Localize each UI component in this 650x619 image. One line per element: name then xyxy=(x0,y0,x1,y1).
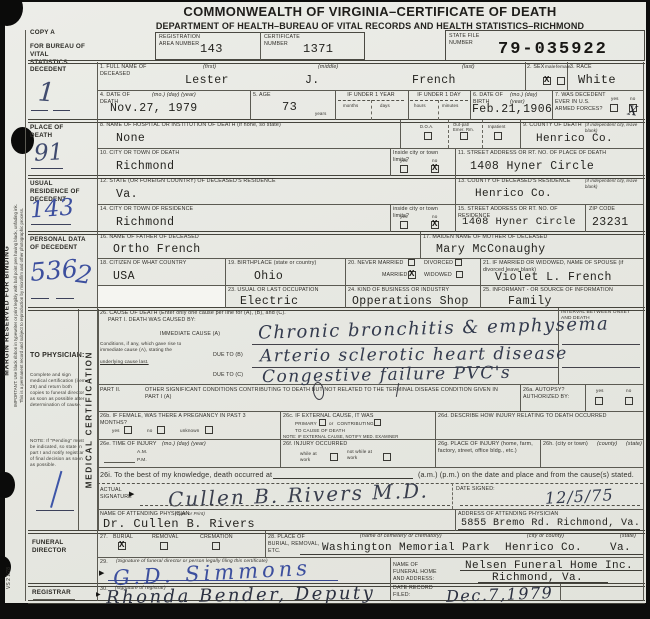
city-county-header: (city or county) xyxy=(527,533,564,540)
hand-underline xyxy=(36,510,74,511)
pregnancy-yes-checkbox xyxy=(124,426,132,434)
autopsy-label: 26a. AUTOPSY? AUTHORIZED BY: xyxy=(523,387,581,401)
interval-a-line xyxy=(562,344,640,345)
injury-occurred-label: 26f. INJURY OCCURRED xyxy=(283,441,347,448)
full-name-label: 1. FULL NAME OF DECEASED xyxy=(100,64,155,78)
hospital-label: 8. NAME OF HOSPITAL OR INSTITUTION OF DE… xyxy=(100,122,360,129)
hand-number-place: 91 xyxy=(33,141,63,166)
attestation-text-2: (a.m.) (p.m.) on the date and place and … xyxy=(418,470,634,479)
not-while-at-work-label: not while at work xyxy=(347,449,379,461)
outpatient-checkbox xyxy=(460,132,468,140)
grid-line xyxy=(452,483,453,509)
spouse-value: Violet L. French xyxy=(495,272,612,284)
street-of-death-label: 11. STREET ADDRESS OR RT. NO. OF PLACE O… xyxy=(458,150,638,157)
zip-value: 23231 xyxy=(592,217,629,229)
date-signed-baseline xyxy=(460,505,640,506)
grid-line xyxy=(225,285,226,308)
registration-area-value: 143 xyxy=(200,43,223,55)
armed-forces-no-label: no xyxy=(630,96,635,102)
grid-line xyxy=(345,285,346,308)
grid-line xyxy=(480,258,481,285)
pregnancy-yes-label: yes xyxy=(112,428,120,434)
mother-value: Mary McConaughy xyxy=(436,244,546,256)
registrar-signature: Rhonda Bender, Deputy xyxy=(106,585,376,608)
removal-label: REMOVAL xyxy=(152,534,179,541)
zip-label: ZIP CODE xyxy=(589,206,615,213)
removal-checkbox xyxy=(160,542,168,550)
grid-line xyxy=(390,148,391,176)
cause-b-handwriting: Arterio sclerotic heart disease xyxy=(260,346,568,366)
grid-line xyxy=(585,384,586,411)
cremation-label: CREMATION xyxy=(200,534,233,541)
last-name-value: French xyxy=(412,75,456,87)
conditions-note: Conditions, if any, which gave rise to i… xyxy=(100,341,198,353)
county-residence-value: Henrico Co. xyxy=(475,189,552,200)
limits-residence-yes-checkbox xyxy=(400,221,408,229)
funeral-sig-arrow-icon: ▶ xyxy=(99,569,104,577)
attestation-text-1: 26i. To the best of my knowledge, death … xyxy=(100,470,272,479)
months-label: months xyxy=(343,103,358,109)
scan-edge-right xyxy=(646,0,650,619)
days-label: days xyxy=(380,103,390,109)
injury-description-label: 26d. DESCRIBE HOW INJURY RELATING TO DEA… xyxy=(438,413,638,420)
grid-line xyxy=(482,120,483,148)
grid-line xyxy=(525,62,526,90)
grid-line xyxy=(250,90,251,120)
sidebar-to-physician: TO PHYSICIAN: xyxy=(30,352,85,361)
grid-line xyxy=(97,557,643,558)
age-label: 5. AGE xyxy=(253,92,271,99)
sidebar-place-of-death: PLACE OF DEATH xyxy=(30,124,80,140)
grid-line xyxy=(420,232,421,258)
hours-label: hours xyxy=(414,103,426,109)
age-years-label: years xyxy=(315,111,327,117)
immediate-cause-label: IMMEDIATE CAUSE (A) xyxy=(160,331,220,338)
street-residence-value: 1408 Hyner Circle xyxy=(462,217,576,228)
hand-number-personal: 536 xyxy=(29,256,79,285)
grid-line xyxy=(280,439,281,467)
grid-line xyxy=(643,62,644,601)
middle-name-value: J. xyxy=(305,75,320,87)
scan-edge-top xyxy=(0,0,650,2)
race-value: White xyxy=(578,74,616,86)
grid-line xyxy=(560,584,561,601)
father-label: 16. NAME OF FATHER OF DECEASED xyxy=(100,234,199,241)
place-of-burial-label: 28. PLACE OF BURIAL, REMOVAL, ETC. xyxy=(268,534,320,555)
informant-value: Family xyxy=(508,296,552,308)
inpatient-label: Inpatient xyxy=(488,124,505,129)
county-residence-hint: (if independent city, leave blank) xyxy=(585,178,641,189)
part2-label: PART II. xyxy=(100,387,121,394)
external-cause-label: 26c. IF EXTERNAL CAUSE, IT WAS xyxy=(283,413,374,420)
limits-residence-no-checkbox: X xyxy=(431,221,439,229)
copy-label: COPY A xyxy=(30,29,55,37)
injury-state-label: (state) xyxy=(626,441,642,448)
funeral-home-underline xyxy=(460,570,642,571)
divorced-checkbox xyxy=(455,259,462,266)
middle-name-header: (middle) xyxy=(318,64,338,71)
occupation-value: Electric xyxy=(240,296,298,308)
birthplace-label: 19. BIRTHPLACE (state or country) xyxy=(228,260,338,267)
hand-underline xyxy=(56,298,74,299)
funeral-home-label: NAME OF FUNERAL HOME AND ADDRESS: xyxy=(393,562,443,583)
state-file-label: STATE FILE NUMBER xyxy=(449,33,491,47)
grid-line xyxy=(345,258,346,285)
armed-forces-yes-label: yes xyxy=(611,96,619,102)
burial-checkbox: X xyxy=(118,542,126,550)
hand-number-personal-2: 2 xyxy=(74,261,93,288)
part1-label: PART I. DEATH WAS CAUSED BY: xyxy=(108,317,196,324)
grid-line xyxy=(390,204,391,232)
date-filed-label: DATE RECORD FILED: xyxy=(393,585,441,599)
grid-line xyxy=(455,176,456,204)
hospital-value: None xyxy=(116,133,145,145)
medical-certification-strip: MEDICAL CERTIFICATION xyxy=(78,309,99,530)
external-primary-checkbox xyxy=(319,419,326,426)
form-number: VS 2 1/78 xyxy=(4,555,14,600)
sidebar-decedent: DECEDENT xyxy=(30,66,66,74)
injury-pm-label: P.M. xyxy=(137,458,147,464)
sex-label: 2. SEX xyxy=(527,64,544,71)
grid-line xyxy=(408,90,409,120)
industry-label: 24. KIND OF BUSINESS OR INDUSTRY xyxy=(348,287,478,294)
hand-underline xyxy=(31,298,49,299)
grid-line xyxy=(435,411,436,439)
due-to-b-label: DUE TO (B) xyxy=(213,352,243,359)
married-label: MARRIED xyxy=(382,272,407,279)
while-at-work-label: while at work xyxy=(300,451,328,463)
autopsy-no-label: no xyxy=(626,388,631,394)
grid-line xyxy=(410,100,468,101)
burial-state-value: Va. xyxy=(610,543,631,554)
inpatient-checkbox xyxy=(494,132,502,140)
county-of-death-hint: (if independent city, leave blank) xyxy=(585,122,641,133)
married-checkbox: X xyxy=(408,271,416,279)
grid-line xyxy=(97,258,643,259)
grid-line xyxy=(585,204,586,232)
date-of-birth-value: Feb.21,1906 xyxy=(472,104,552,116)
margin-important-text-2: This is a permanent record and subject t… xyxy=(18,90,25,520)
cremation-checkbox xyxy=(212,542,220,550)
attending-physician-hint: (Type or Print) xyxy=(175,511,205,517)
physician-address-value: 5855 Bremo Rd. Richmond, Va. xyxy=(461,519,640,529)
grid-line xyxy=(455,148,456,176)
hand-underline xyxy=(53,110,70,111)
grid-line xyxy=(97,204,643,205)
city-residence-label: 14. CITY OR TOWN OF RESIDENCE xyxy=(100,206,193,213)
burial-underline xyxy=(300,554,643,555)
scan-edge-bottom xyxy=(0,603,650,619)
sidebar-personal-data: PERSONAL DATA OF DECEDENT xyxy=(30,236,92,252)
never-married-checkbox xyxy=(408,259,415,266)
grid-line xyxy=(480,285,481,308)
grid-line xyxy=(435,439,436,467)
state-header: (state) xyxy=(620,533,636,540)
city-of-death-value: Richmond xyxy=(116,161,174,173)
injury-am-label: A.M. xyxy=(137,450,147,456)
grid-line xyxy=(455,509,456,531)
armed-forces-no-handmark: X xyxy=(627,104,638,118)
father-value: Ortho French xyxy=(113,244,201,256)
injury-city-label: 26h. (city or town) xyxy=(543,441,588,448)
part2-text: OTHER SIGNIFICANT CONDITIONS CONTRIBUTIN… xyxy=(145,387,510,401)
grid-line xyxy=(335,90,336,120)
external-contributing-label: CONTRIBUTING xyxy=(337,421,374,427)
doa-label: D.O.A. xyxy=(420,124,433,129)
burial-city-value: Henrico Co. xyxy=(505,543,582,554)
signature-baseline xyxy=(140,505,450,506)
county-residence-label: 13. COUNTY OF DECEASED'S RESIDENCE xyxy=(458,178,571,185)
state-residence-label: 12. STATE (OR FOREIGN COUNTRY) OF DECEAS… xyxy=(100,178,400,185)
informant-label: 25. INFORMANT - OR SOURCE OF INFORMATION xyxy=(483,287,638,294)
limits-death-yes-checkbox xyxy=(400,165,408,173)
doa-checkbox xyxy=(424,132,432,140)
injury-county-label: (county) xyxy=(597,441,617,448)
injury-time-sublabels: (mo.) (day) (year) xyxy=(162,441,206,448)
while-at-work-checkbox xyxy=(330,453,338,461)
physician-address-underline xyxy=(458,529,640,530)
grid-line xyxy=(540,439,541,467)
signature-arrow-icon: ▶ xyxy=(129,490,134,498)
grid-line xyxy=(390,557,391,584)
grid-line xyxy=(265,531,266,557)
date-signed-label: DATE SIGNED: xyxy=(456,486,495,493)
interval-label: INTERVAL BETWEEN ONSET AND DEATH xyxy=(561,310,639,322)
state-file-value: 79-035922 xyxy=(498,40,608,59)
under-1-day-label: IF UNDER 1 DAY xyxy=(410,92,468,99)
birthplace-value: Ohio xyxy=(254,271,283,283)
city-of-death-label: 10. CITY OR TOWN OF DEATH xyxy=(100,150,179,157)
date-of-death-value: Nov.27, 1979 xyxy=(110,103,198,115)
sex-male-checkbox: X xyxy=(543,77,551,85)
divorced-label: DIVORCED xyxy=(424,260,453,267)
grid-line xyxy=(280,411,281,439)
date-filed-handwriting: Dec.7,1979 xyxy=(446,585,554,605)
sex-female-label: female xyxy=(556,64,571,70)
certificate-title: COMMONWEALTH OF VIRGINIA–CERTIFICATE OF … xyxy=(90,4,650,19)
grid-line xyxy=(438,100,439,120)
cause-c-handwriting: Congestive failure PVC's xyxy=(262,365,511,386)
not-while-at-work-checkbox xyxy=(383,453,391,461)
external-contributing-checkbox xyxy=(374,419,381,426)
never-married-label: 20. NEVER MARRIED xyxy=(348,260,404,267)
pregnancy-label: 26b. IF FEMALE, WAS THERE A PREGNANCY IN… xyxy=(100,413,265,427)
armed-forces-label: 7. WAS DECEDENT EVER IN U.S. ARMED FORCE… xyxy=(555,92,607,113)
grid-line xyxy=(97,411,643,412)
armed-forces-yes-checkbox xyxy=(610,104,618,112)
last-name-header: (last) xyxy=(462,64,475,71)
sex-male-label: male xyxy=(545,64,556,70)
attending-physician-value: Dr. Cullen B. Rivers xyxy=(103,518,255,530)
industry-value: Opperations Shop xyxy=(352,296,469,308)
hand-underline xyxy=(31,224,71,225)
autopsy-yes-label: yes xyxy=(596,388,604,394)
city-residence-value: Richmond xyxy=(116,217,174,229)
grid-line xyxy=(455,204,456,232)
injury-time-line xyxy=(104,462,135,463)
cemetery-value: Washington Memorial Park xyxy=(322,543,490,554)
grid-line xyxy=(470,90,471,120)
sidebar-registrar: REGISTRAR xyxy=(32,589,71,597)
limits-residence-yes-label: yes xyxy=(400,214,408,220)
hand-number-decedent: 1 xyxy=(37,79,55,106)
limits-death-no-checkbox: X xyxy=(431,165,439,173)
autopsy-no-checkbox xyxy=(625,397,633,405)
date-of-death-sublabels: (mo.) (day) (year) xyxy=(152,92,196,99)
state-residence-value: Va. xyxy=(116,189,138,201)
place-of-injury-label: 26g. PLACE OF INJURY (home, farm, factor… xyxy=(438,441,536,455)
street-of-death-value: 1408 Hyner Circle xyxy=(470,161,594,173)
cemetery-header: (name of cemetery or crematory) xyxy=(360,533,442,540)
grid-line xyxy=(520,384,521,411)
age-value: 73 xyxy=(282,101,297,113)
widowed-label: WIDOWED xyxy=(424,272,452,279)
margin-rule xyxy=(25,30,26,601)
citizen-label: 18. CITIZEN OF WHAT COUNTRY xyxy=(100,260,210,267)
registration-box-divider xyxy=(260,32,261,60)
funeral-sig-number: 29. xyxy=(100,559,108,566)
grid-line xyxy=(97,90,643,91)
certificate-number-value: 1371 xyxy=(303,43,333,55)
date-signed-handwriting: 12/5/75 xyxy=(545,487,614,507)
injury-time-label: 26e. TIME OF INJURY xyxy=(100,441,157,448)
external-primary-label: PRIMARY xyxy=(295,421,317,427)
hand-number-residence: 143 xyxy=(29,196,74,222)
sex-female-checkbox xyxy=(557,77,565,85)
pregnancy-no-checkbox xyxy=(157,426,165,434)
actual-signature-label: ACTUAL SIGNATURE xyxy=(100,487,130,501)
race-label: 3. RACE xyxy=(570,64,592,71)
citizen-value: USA xyxy=(113,271,135,283)
registrar-arrow-icon: ▶ xyxy=(96,591,101,598)
sidebar-funeral-director: FUNERAL DIRECTOR xyxy=(32,539,77,555)
grid-line xyxy=(448,120,449,148)
cause-of-death-label: 26. CAUSE OF DEATH (Enter only one cause… xyxy=(100,310,286,317)
due-to-c-label: DUE TO (C) xyxy=(213,372,243,379)
occupation-label: 23. USUAL OR LAST OCCUPATION xyxy=(228,287,343,294)
death-certificate-scan: MARGIN RESERVED FOR BINDING IMPORTANT: U… xyxy=(0,0,650,619)
funeral-signature-underline xyxy=(108,580,338,581)
pregnancy-no-label: no xyxy=(147,428,152,434)
limits-death-yes-label: yes xyxy=(400,158,408,164)
grid-line xyxy=(97,62,98,601)
external-or-label: or xyxy=(329,421,333,427)
grid-line xyxy=(97,148,643,149)
widowed-checkbox xyxy=(456,271,463,278)
grid-line xyxy=(97,467,643,468)
grid-line xyxy=(371,100,372,120)
first-name-header: (first) xyxy=(203,64,216,71)
hand-underline xyxy=(31,110,48,111)
conditions-note-underlined: underlying cause last. xyxy=(100,359,149,365)
pregnancy-unknown-label: unknown xyxy=(180,428,199,434)
autopsy-yes-checkbox xyxy=(595,397,603,405)
county-of-death-value: Henrico Co. xyxy=(536,134,613,145)
grid-line xyxy=(520,120,521,148)
under-1-year-label: IF UNDER 1 YEAR xyxy=(338,92,404,99)
grid-line xyxy=(225,258,226,285)
grid-line xyxy=(400,120,401,148)
county-of-death-label: 9. COUNTY OF DEATH xyxy=(523,122,582,129)
mother-label: 17. MAIDEN NAME OF MOTHER OF DECEASED xyxy=(423,234,547,241)
physician-address-label: ADDRESS OF ATTENDING PHYSICIAN xyxy=(458,511,558,518)
pregnancy-unknown-checkbox xyxy=(205,426,213,434)
grid-line xyxy=(390,584,391,601)
hand-underline xyxy=(31,168,63,169)
minutes-label: minutes xyxy=(442,103,458,109)
first-name-value: Lester xyxy=(185,75,229,87)
interval-b-line xyxy=(562,367,640,368)
blank-cell xyxy=(98,286,225,307)
disposition-number: 27. xyxy=(100,534,108,541)
external-note: NOTE: IF EXTERNAL CAUSE, NOTIFY MED. EXA… xyxy=(283,434,398,439)
